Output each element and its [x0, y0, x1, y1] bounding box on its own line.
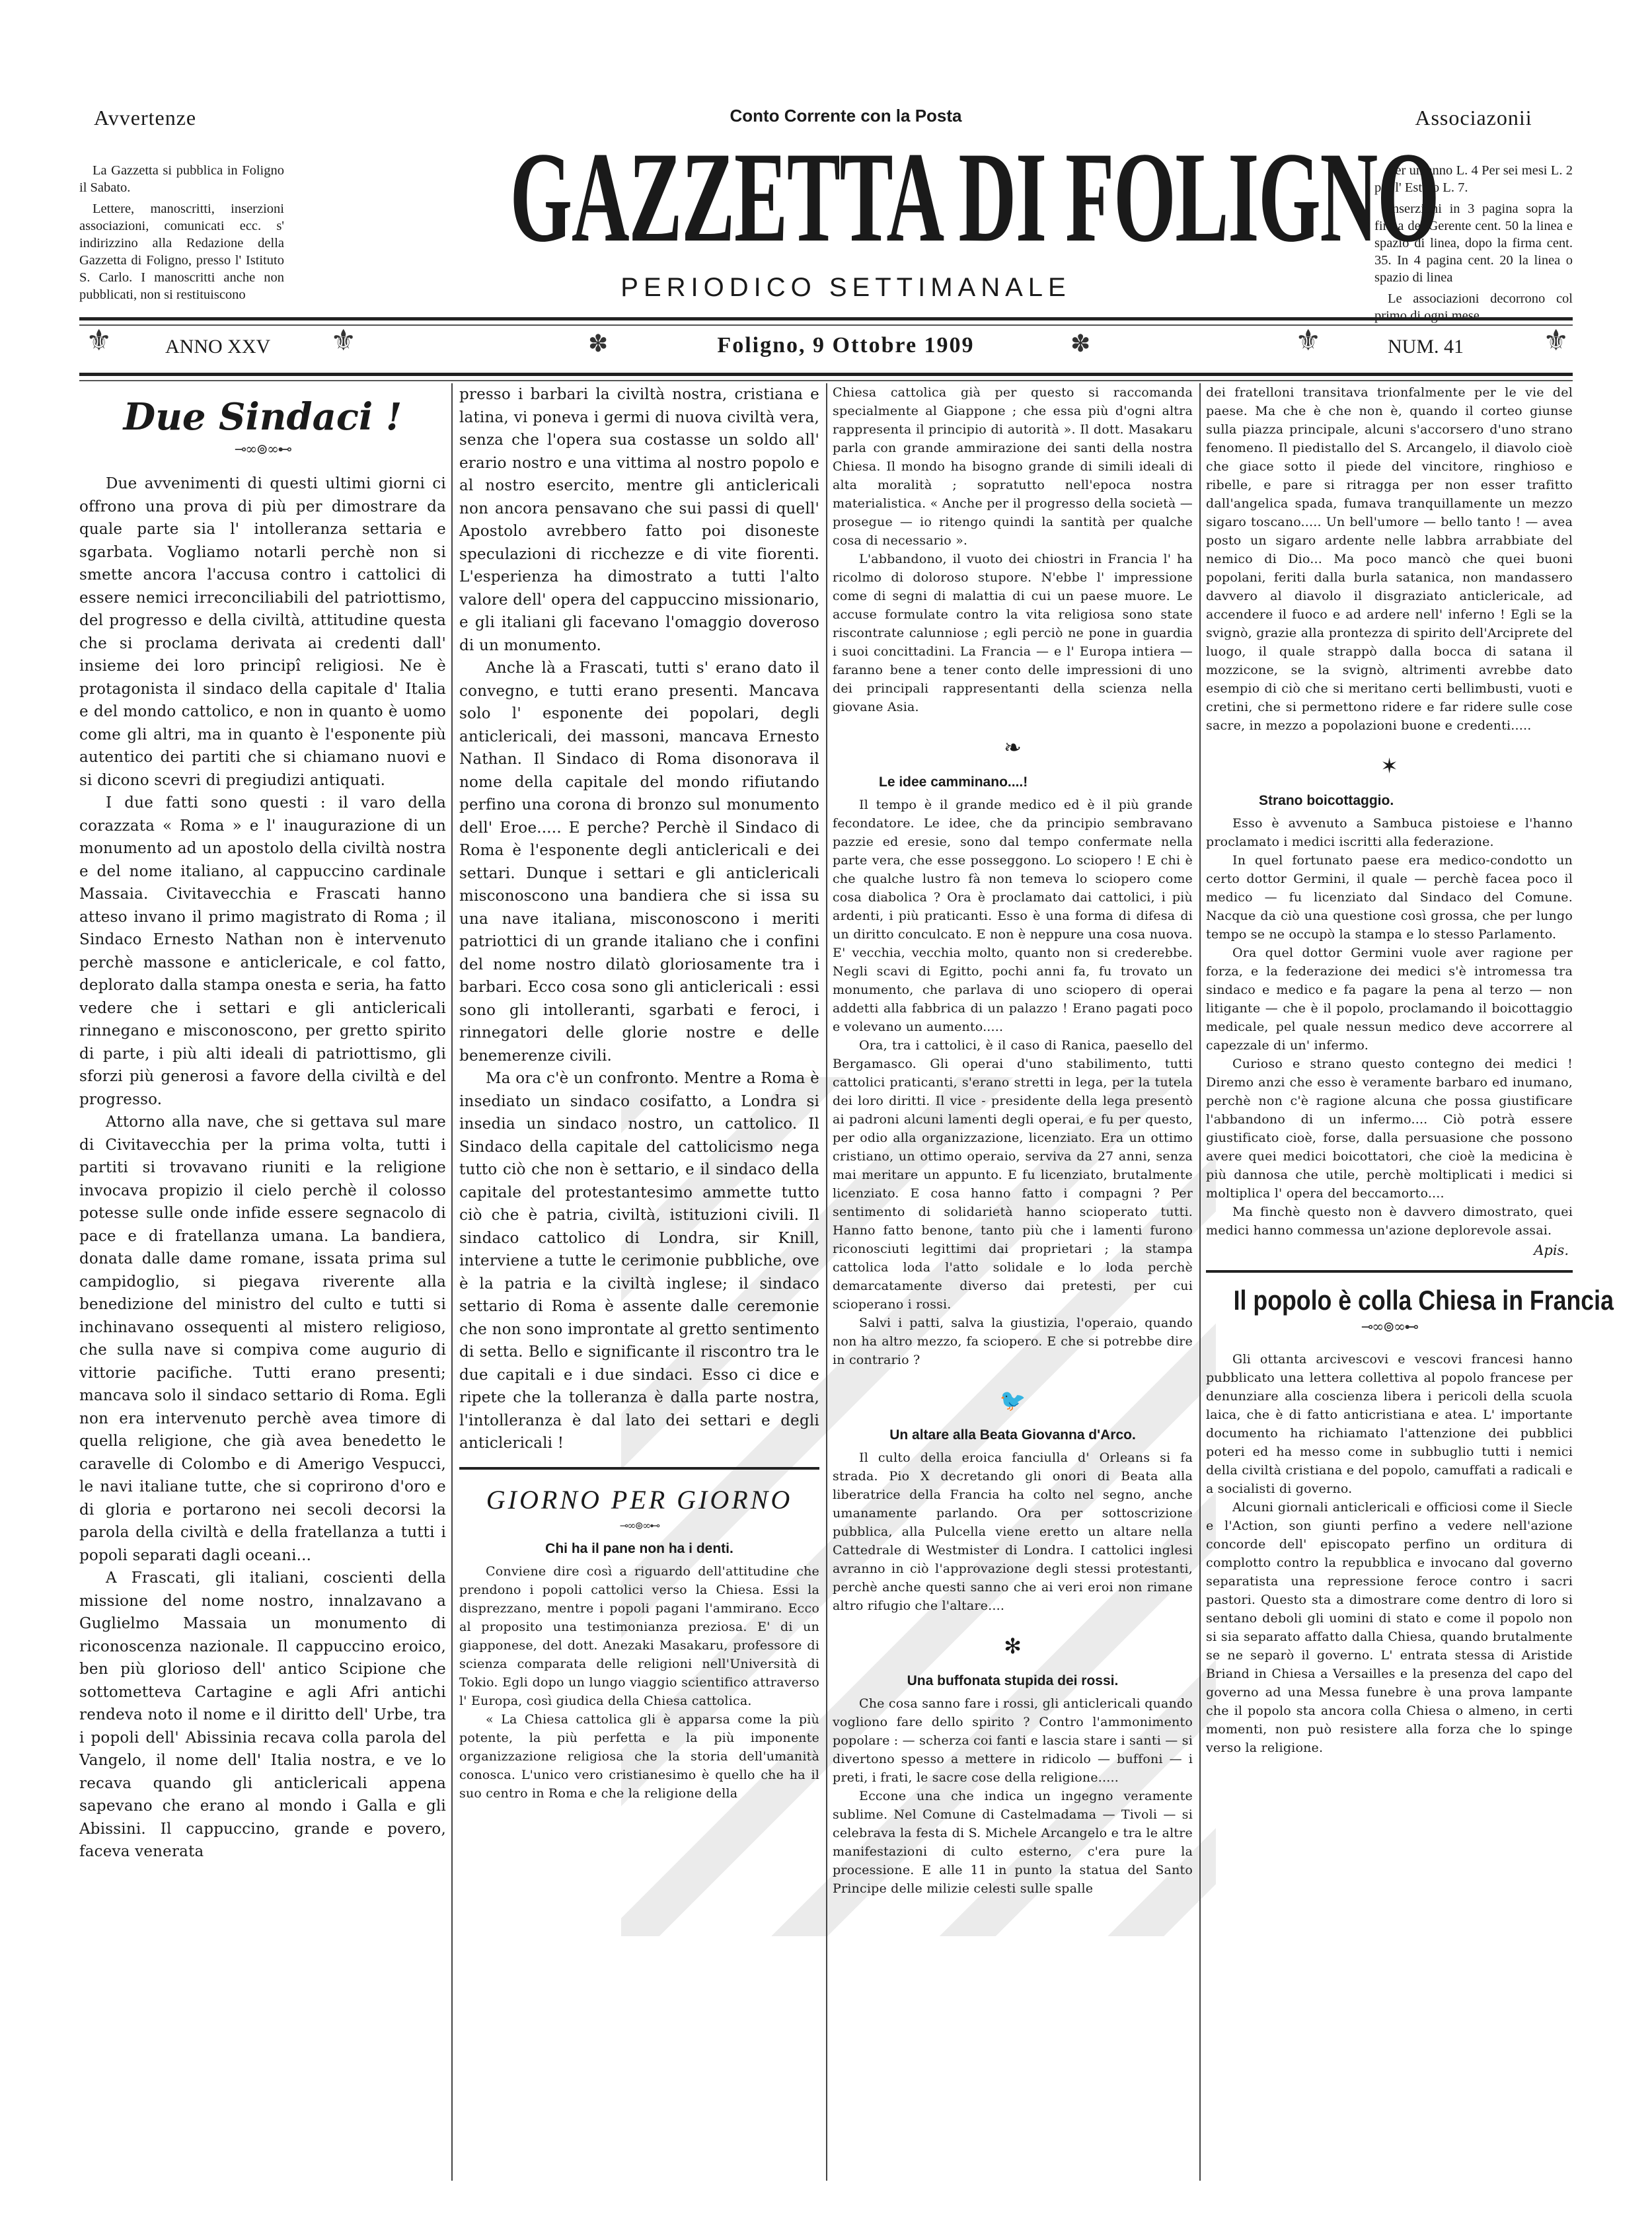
section-rule	[459, 1467, 819, 1470]
article-paragraph: Conviene dire così a riguardo dell'attit…	[459, 1562, 819, 1710]
avvertenze-box: Avvertenze La Gazzetta si pubblica in Fo…	[79, 106, 284, 307]
associazioni-text: Per un anno L. 4 Per sei mesi L. 2 per l…	[1374, 162, 1573, 196]
masthead: Conto Corrente con la Posta GAZZETTA DI …	[304, 106, 1388, 303]
scroll-ornament-icon: ⚜	[1295, 324, 1321, 358]
column-3: Chiesa cattolica già per questo si racco…	[833, 383, 1193, 2181]
article-columns: Due Sindaci ! ⊸∞⊚∞⊷ Due avvenimenti di q…	[79, 383, 1573, 2181]
anno-label: ANNO XXV	[165, 336, 270, 358]
column-1: Due Sindaci ! ⊸∞⊚∞⊷ Due avvenimenti di q…	[79, 383, 446, 2181]
pane-article: Chi ha il pane non ha i denti. Conviene …	[459, 1541, 819, 1803]
flourish-divider-icon: ⊸∞⊚∞⊷	[1206, 1319, 1573, 1336]
article-paragraph: In quel fortunato paese era medico-condo…	[1206, 851, 1573, 944]
article-paragraph: Che cosa sanno fare i rossi, gli anticle…	[833, 1694, 1193, 1787]
article-subtitle: Chi ha il pane non ha i denti.	[459, 1541, 819, 1557]
column-rule	[451, 383, 453, 2181]
associazioni-text: Inserzioni in 3 pagina sopra la firma de…	[1374, 200, 1573, 286]
article-paragraph: presso i barbari la civiltà nostra, cris…	[459, 383, 819, 657]
issue-number: NUM. 41	[1388, 336, 1464, 358]
scroll-ornament-icon: ⚜	[86, 324, 112, 358]
flourish-divider-icon: ⊸∞⊚∞⊷	[459, 1519, 819, 1532]
article-subtitle: Una buffonata stupida dei rossi.	[833, 1673, 1193, 1689]
article-paragraph: Ma finchè questo non è davvero dimostrat…	[1206, 1203, 1573, 1240]
article-title: Due Sindaci !	[79, 395, 446, 439]
article-paragraph: « La Chiesa cattolica gli è apparsa come…	[459, 1710, 819, 1803]
article-paragraph: Gli ottanta arcivescovi e vescovi france…	[1206, 1350, 1573, 1498]
flourish-divider-icon: ⊸∞⊚∞⊷	[79, 441, 446, 458]
article-paragraph: Anche là a Frascati, tutti s' erano dato…	[459, 657, 819, 1067]
column-rule	[1199, 383, 1201, 2181]
avvertenze-text: Lettere, manoscritti, inserzioni associa…	[79, 200, 284, 303]
scroll-ornament-icon: ⚜	[1543, 324, 1569, 358]
column-rule	[826, 383, 827, 2181]
article-paragraph: Esso è avvenuto a Sambuca pistoiese e l'…	[1206, 814, 1573, 851]
column-2: presso i barbari la civiltà nostra, cris…	[459, 383, 819, 2181]
dateline-band: ⚜ ANNO XXV ⚜ ✽ Foligno, 9 Ottobre 1909 ✽…	[79, 317, 1573, 377]
article-paragraph: Eccone una che indica un ingegno veramen…	[833, 1787, 1193, 1898]
issue-date: Foligno, 9 Ottobre 1909	[615, 333, 1077, 358]
article-paragraph: Due avvenimenti di questi ultimi giorni …	[79, 472, 446, 792]
newspaper-page: Avvertenze La Gazzetta si pubblica in Fo…	[79, 99, 1573, 2181]
article-paragraph: dei fratelloni transitava trionfalmente …	[1206, 383, 1573, 735]
asterisk-ornament-icon: ✻	[833, 1634, 1193, 1659]
article-paragraph: Alcuni giornali anticlericali e officios…	[1206, 1498, 1573, 1757]
newspaper-subtitle: PERIODICO SETTIMANALE	[304, 273, 1388, 303]
author-signature: Apis.	[1206, 1242, 1569, 1258]
section-title: GIORNO PER GIORNO	[459, 1484, 819, 1515]
double-rule	[79, 317, 1573, 326]
double-rule	[79, 373, 1573, 381]
article-paragraph: Il culto della eroica fanciulla d' Orlea…	[833, 1449, 1193, 1615]
conto-corrente: Conto Corrente con la Posta	[304, 106, 1388, 126]
fleuron-icon: ✽	[588, 330, 608, 358]
avvertenze-heading: Avvertenze	[79, 106, 284, 130]
associazioni-box: Associazonii Per un anno L. 4 Per sei me…	[1374, 106, 1573, 328]
article-subtitle: Strano boicottaggio.	[1206, 793, 1573, 809]
article-paragraph: Attorno alla nave, che si gettava sul ma…	[79, 1111, 446, 1567]
article-paragraph: Chiesa cattolica già per questo si racco…	[833, 383, 1193, 550]
fleuron-icon: ✽	[1070, 330, 1090, 358]
avvertenze-text: La Gazzetta si pubblica in Foligno il Sa…	[79, 162, 284, 196]
beetle-ornament-icon: ❧	[833, 735, 1193, 760]
column-4: dei fratelloni transitava trionfalmente …	[1206, 383, 1573, 2181]
article-paragraph: Ora quel dottor Germini vuole aver ragio…	[1206, 944, 1573, 1055]
article-paragraph: A Frascati, gli italiani, coscienti dell…	[79, 1567, 446, 1863]
article-paragraph: Curioso e strano questo contegno dei med…	[1206, 1055, 1573, 1203]
article-title: Il popolo è colla Chiesa in Francia	[1234, 1285, 1546, 1316]
article-paragraph: Salvi i patti, salva la giustizia, l'ope…	[833, 1314, 1193, 1369]
newspaper-title: GAZZETTA DI FOLIGNO	[510, 132, 1182, 264]
article-paragraph: Ora, tra i cattolici, è il caso di Ranic…	[833, 1036, 1193, 1314]
article-paragraph: Ma ora c'è un confronto. Mentre a Roma è…	[459, 1067, 819, 1455]
article-paragraph: L'abbandono, il vuoto dei chiostri in Fr…	[833, 550, 1193, 716]
scroll-ornament-icon: ⚜	[330, 324, 356, 358]
associazioni-heading: Associazonii	[1374, 106, 1573, 130]
article-subtitle: Un altare alla Beata Giovanna d'Arco.	[833, 1427, 1193, 1443]
article-subtitle: Le idee camminano....!	[833, 774, 1193, 790]
article-paragraph: Il tempo è il grande medico ed è il più …	[833, 796, 1193, 1036]
star-ornament-icon: ✶	[1206, 753, 1573, 778]
bird-ornament-icon: 🐦	[833, 1388, 1193, 1413]
section-rule	[1206, 1270, 1573, 1273]
article-paragraph: I due fatti sono questi : il varo della …	[79, 792, 446, 1111]
